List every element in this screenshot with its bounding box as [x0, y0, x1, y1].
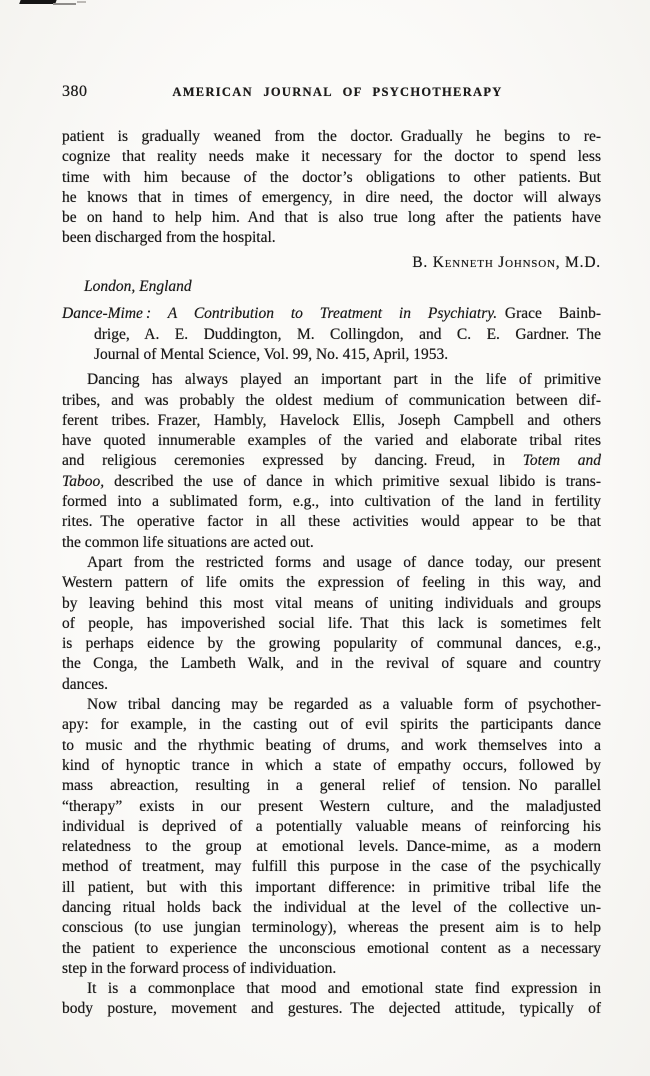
- text-segment: ferent tribes. Frazer, Hambly, Havelock …: [62, 412, 601, 429]
- text-segment: method of treatment, may fulfill this pu…: [62, 858, 601, 875]
- text-line: dances.: [62, 675, 601, 695]
- text-segment: dancing ritual holds back the individual…: [62, 899, 601, 916]
- page-body: patient is gradually weaned from the doc…: [62, 127, 601, 1020]
- text-line: conscious (to use jungian terminology), …: [62, 918, 601, 938]
- text-line: cognize that reality needs make it neces…: [62, 147, 601, 167]
- text-segment: to music and the rhythmic beating of dru…: [62, 737, 601, 754]
- text-line: Dancing has always played an important p…: [62, 370, 601, 390]
- text-segment: the Conga, the Lambeth Walk, and in the …: [62, 655, 601, 672]
- paragraph-dancing-history: Dancing has always played an important p…: [62, 370, 601, 553]
- text-line: step in the forward process of individua…: [62, 959, 601, 979]
- journal-title: AMERICAN JOURNAL OF PSYCHOTHERAPY: [62, 83, 601, 100]
- italic-text-segment: London, England: [84, 278, 192, 295]
- text-line: to music and the rhythmic beating of dru…: [62, 736, 601, 756]
- page-number: 380: [62, 83, 88, 101]
- scan-artifact-streak: [19, 0, 56, 4]
- scan-artifact-mark: [20, 0, 80, 12]
- text-segment: Now tribal dancing may be regarded as a …: [87, 696, 601, 713]
- text-line: “therapy” exists in our present Western …: [62, 797, 601, 817]
- continuation-paragraph: patient is gradually weaned from the doc…: [62, 127, 601, 249]
- text-segment: Western pattern of life omits the expres…: [62, 574, 601, 591]
- text-line: individual is deprived of a potentially …: [62, 817, 601, 837]
- reference-citation: Dance-Mime : A Contribution to Treatment…: [62, 304, 601, 365]
- text-line: of people, has impoverished social life.…: [62, 614, 601, 634]
- text-segment: Journal of Mental Science, Vol. 99, No. …: [94, 346, 448, 363]
- text-line: patient is gradually weaned from the doc…: [62, 127, 601, 147]
- text-line: the Conga, the Lambeth Walk, and in the …: [62, 654, 601, 674]
- text-line: rites. The operative factor in all these…: [62, 512, 601, 532]
- text-segment: Dancing has always played an important p…: [87, 371, 601, 388]
- text-line: It is a commonplace that mood and emotio…: [62, 979, 601, 999]
- text-segment: of people, has impoverished social life.…: [62, 615, 601, 632]
- text-segment: ill patient, but with this important dif…: [62, 879, 601, 896]
- text-segment: by leaving behind this most vital means …: [62, 595, 601, 612]
- journal-page-scan: 380 AMERICAN JOURNAL OF PSYCHOTHERAPY pa…: [0, 0, 650, 1076]
- text-segment: relatedness to the group at emotional le…: [62, 838, 601, 855]
- text-line: by leaving behind this most vital means …: [62, 594, 601, 614]
- text-segment: he knows that in times of emergency, in …: [62, 189, 601, 206]
- text-segment: described the use of dance in which prim…: [104, 473, 601, 490]
- text-line: the patient to experience the unconsciou…: [62, 939, 601, 959]
- text-line: Now tribal dancing may be regarded as a …: [62, 695, 601, 715]
- text-segment: cognize that reality needs make it neces…: [62, 148, 601, 165]
- scan-artifact-streak: [77, 1, 86, 3]
- text-segment: rites. The operative factor in all these…: [62, 513, 601, 530]
- paragraph-western-life: Apart from the restricted forms and usag…: [62, 553, 601, 695]
- text-line: drige, A. E. Duddington, M. Collingdon, …: [62, 325, 601, 345]
- text-segment: patient is gradually weaned from the doc…: [62, 128, 601, 145]
- text-segment: conscious (to use jungian terminology), …: [62, 919, 601, 936]
- smallcaps-text-segment: B. Kenneth Johnson, M.D.: [412, 254, 601, 271]
- text-line: been discharged from the hospital.: [62, 228, 601, 248]
- text-segment: formed into a sublimated form, e.g., int…: [62, 493, 601, 510]
- text-line: Western pattern of life omits the expres…: [62, 573, 601, 593]
- text-segment: individual is deprived of a potentially …: [62, 818, 601, 835]
- text-line: tribes, and was probably the oldest medi…: [62, 391, 601, 411]
- text-line: relatedness to the group at emotional le…: [62, 837, 601, 857]
- text-line: B. Kenneth Johnson, M.D.: [62, 253, 601, 273]
- text-line: kind of hynoptic trance in which a state…: [62, 756, 601, 776]
- signature-line: B. Kenneth Johnson, M.D.: [62, 253, 601, 273]
- text-segment: and religious ceremonies expressed by da…: [62, 452, 523, 469]
- paragraph-mood-expression: It is a commonplace that mood and emotio…: [62, 979, 601, 1020]
- text-segment: “therapy” exists in our present Western …: [62, 798, 601, 815]
- text-line: dancing ritual holds back the individual…: [62, 898, 601, 918]
- text-line: and religious ceremonies expressed by da…: [62, 451, 601, 471]
- text-line: mass abreaction, resulting in a general …: [62, 776, 601, 796]
- text-line: Taboo, described the use of dance in whi…: [62, 472, 601, 492]
- text-segment: the common life situations are acted out…: [62, 534, 314, 551]
- text-segment: Grace Bainb-: [497, 305, 601, 322]
- text-segment: It is a commonplace that mood and emotio…: [87, 980, 601, 997]
- author-location: London, England: [62, 277, 601, 297]
- text-line: Journal of Mental Science, Vol. 99, No. …: [62, 345, 601, 365]
- text-line: he knows that in times of emergency, in …: [62, 188, 601, 208]
- text-line: apy: for example, in the casting out of …: [62, 715, 601, 735]
- text-segment: mass abreaction, resulting in a general …: [62, 777, 601, 794]
- text-segment: kind of hynoptic trance in which a state…: [62, 757, 601, 774]
- text-segment: been discharged from the hospital.: [62, 229, 276, 246]
- text-segment: Apart from the restricted forms and usag…: [87, 554, 601, 571]
- italic-text-segment: Dance-Mime : A Contribution to Treatment…: [62, 305, 497, 322]
- text-segment: body posture, movement and gestures. The…: [62, 1000, 601, 1017]
- italic-text-segment: Taboo,: [62, 473, 104, 490]
- italic-text-segment: Totem and: [523, 452, 601, 469]
- text-segment: drige, A. E. Duddington, M. Collingdon, …: [94, 326, 601, 343]
- text-line: ferent tribes. Frazer, Hambly, Havelock …: [62, 411, 601, 431]
- text-segment: apy: for example, in the casting out of …: [62, 716, 601, 733]
- text-segment: time with him because of the doctor’s ob…: [62, 169, 601, 186]
- text-line: formed into a sublimated form, e.g., int…: [62, 492, 601, 512]
- text-segment: dances.: [62, 676, 108, 693]
- text-segment: the patient to experience the unconsciou…: [62, 940, 601, 957]
- text-segment: step in the forward process of individua…: [62, 960, 336, 977]
- paragraph-tribal-dancing: Now tribal dancing may be regarded as a …: [62, 695, 601, 979]
- text-segment: is perhaps eidence by the growing popula…: [62, 635, 601, 652]
- text-line: body posture, movement and gestures. The…: [62, 999, 601, 1019]
- text-line: Dance-Mime : A Contribution to Treatment…: [62, 304, 601, 324]
- text-segment: tribes, and was probably the oldest medi…: [62, 392, 601, 409]
- text-line: ill patient, but with this important dif…: [62, 878, 601, 898]
- text-line: be on hand to help him. And that is also…: [62, 208, 601, 228]
- text-segment: have quoted innumerable examples of the …: [62, 432, 601, 449]
- text-line: Apart from the restricted forms and usag…: [62, 553, 601, 573]
- scan-artifact-streak: [53, 3, 76, 5]
- text-line: the common life situations are acted out…: [62, 533, 601, 553]
- running-header: 380 AMERICAN JOURNAL OF PSYCHOTHERAPY: [62, 83, 601, 100]
- text-line: have quoted innumerable examples of the …: [62, 431, 601, 451]
- text-line: London, England: [62, 277, 601, 297]
- text-line: method of treatment, may fulfill this pu…: [62, 857, 601, 877]
- text-line: time with him because of the doctor’s ob…: [62, 168, 601, 188]
- text-line: is perhaps eidence by the growing popula…: [62, 634, 601, 654]
- text-segment: be on hand to help him. And that is also…: [62, 209, 601, 226]
